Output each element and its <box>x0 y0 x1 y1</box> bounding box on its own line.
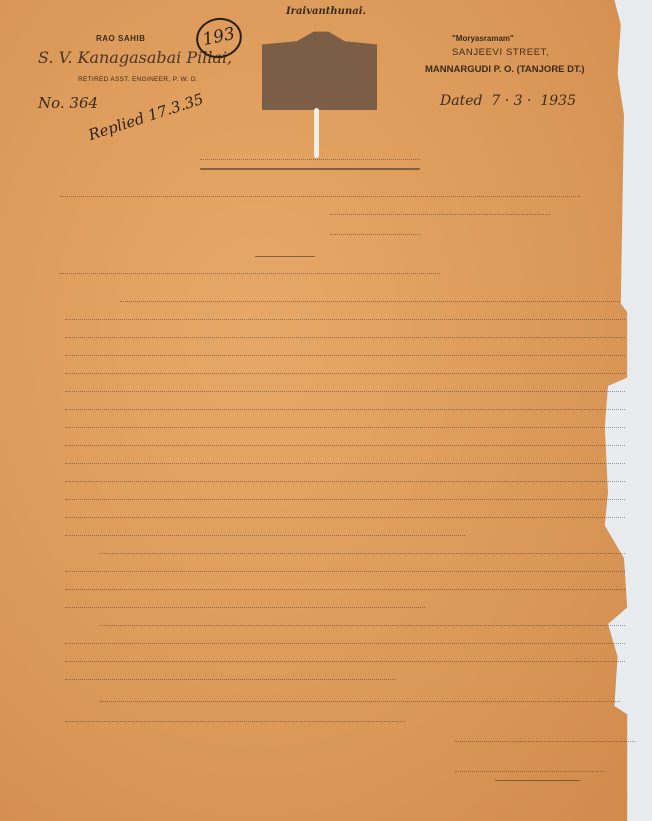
signature <box>455 760 605 772</box>
letter-number: No. 364 <box>38 94 98 112</box>
year: 1935 <box>540 93 576 109</box>
house-name: "Moryasramam" <box>452 34 482 43</box>
honorific: RAO SAHIB <box>96 34 145 43</box>
valediction <box>455 730 635 742</box>
street-address: SANJEEVI STREET, <box>452 47 549 58</box>
motto: Iraivanthunai. <box>286 6 366 17</box>
date: 7 · 3 · <box>491 93 531 109</box>
sender-designation: RETIRED ASST. ENGINEER, P. W. D. <box>78 76 198 83</box>
town-address: MANNARGUDI P. O. (TANJORE DT.) <box>425 64 585 75</box>
dated-line: Dated 7 · 3 · 1935 <box>440 93 576 109</box>
